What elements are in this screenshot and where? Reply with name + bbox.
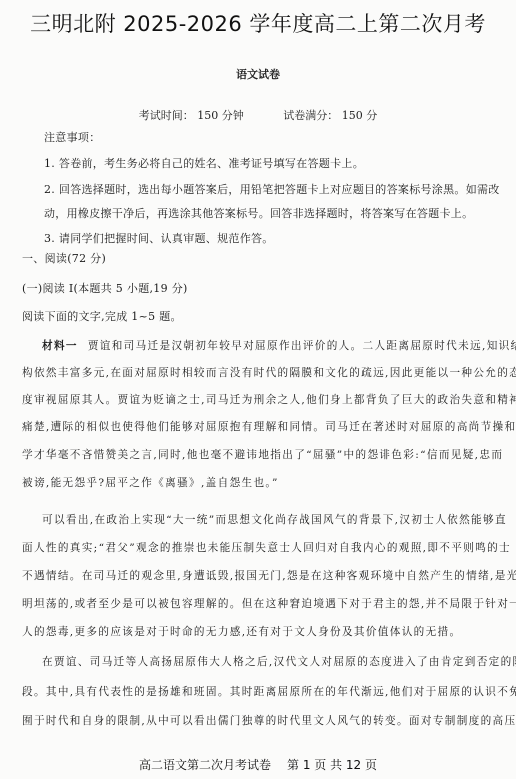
material-line: 学才华毫不吝惜赞美之言,同时,他也毫不避讳地指出了“屈骚”中的怨诽色彩:“信而见… — [22, 448, 497, 462]
material-line: 可以看出,在政治上实现“大一统”而思想文化尚存战国风气的背景下,汉初士人依然能够… — [42, 513, 516, 527]
section-subheading: (一)阅读 I(本题共 5 小题,19 分) — [22, 282, 497, 296]
page-number: 第 1 页 共 12 页 — [287, 758, 377, 772]
exam-page: 三明北附 2025-2026 学年度高二上第二次月考 语文试卷 考试时间： 15… — [0, 0, 516, 779]
exam-info: 考试时间： 150 分钟 试卷满分： 150 分 — [0, 107, 516, 123]
material-line: 面人性的真实;“君父”观念的推崇也未能压制失意士人回归对自我内心的观照,即不平则… — [22, 541, 497, 555]
material-line: 明坦荡的,或者至少是可以被包容理解的。但在这种窘迫境遇下对于君主的怨,并不局限于… — [22, 597, 497, 611]
material-line: 构依然丰富多元,在面对屈原时相较而言没有时代的隔膜和文化的疏远,因此更能以一种公… — [22, 366, 497, 380]
notice-item: 动，用橡皮擦干净后，再选涂其他答案标号。回答非选择题时，将答案写在答题卡上。 — [44, 207, 516, 221]
section-instruction: 阅读下面的文字,完成 1~5 题。 — [22, 310, 497, 324]
material-first-line: 材料一贾谊和司马迁是汉朝初年较早对屈原作出评价的人。二人距离屈原时代未远,知识结 — [42, 339, 516, 353]
material-line: 痛楚,遭际的相似也使得他们能够对屈原抱有理解和同情。司马迁在著述时对屈原的高尚节… — [22, 420, 497, 434]
full-score: 试卷满分： 150 分 — [283, 109, 377, 122]
notice-item: 1. 答卷前，考生务必将自己的姓名、准考证号填写在答题卡上。 — [44, 157, 516, 171]
material-line: 度审视屈原其人。贾谊为贬谪之士,司马迁为刑余之人,他们身上都背负了巨大的政治失意… — [22, 393, 497, 407]
footer-exam-name: 高二语文第二次月考试卷 — [139, 758, 271, 772]
section-heading: 一、阅读(72 分) — [22, 252, 497, 266]
exam-time: 考试时间： 150 分钟 — [139, 109, 244, 122]
notice-item: 3. 请同学们把握时间、认真审题、规范作答。 — [44, 232, 516, 246]
notice-item: 2. 回答选择题时，选出每小题答案后，用铅笔把答题卡上对应题目的答案标号涂黑。如… — [44, 183, 516, 197]
material-label: 材料一 — [42, 340, 78, 352]
subject-title: 语文试卷 — [0, 66, 516, 82]
page-footer: 高二语文第二次月考试卷第 1 页 共 12 页 — [0, 756, 516, 773]
notice-heading: 注意事项： — [44, 131, 516, 145]
material-line: 段。其中,具有代表性的是扬雄和班固。其时距离屈原所在的年代渐远,他们对于屈原的认… — [22, 685, 497, 699]
exam-title: 三明北附 2025-2026 学年度高二上第二次月考 — [0, 8, 516, 38]
material-line: 囿于时代和自身的限制,从中可以看出儒门独尊的时代里文人风气的转变。面对专制制度的… — [22, 714, 497, 728]
material-line: 被谤,能无怨乎?屈平之作《离骚》,盖自怨生也。” — [22, 476, 497, 490]
material-line: 不遇情结。在司马迁的观念里,身遭诋毁,报国无门,怨是在这种客观环境中自然产生的情… — [22, 569, 497, 583]
material-line: 人的怨毒,更多的应该是对于时命的无力感,还有对于文人身份及其价值体认的无措。 — [22, 625, 497, 639]
material-line: 在贾谊、司马迁等人高扬屈原伟大人格之后,汉代文人对屈原的态度进入了由肯定到否定的… — [42, 655, 516, 669]
